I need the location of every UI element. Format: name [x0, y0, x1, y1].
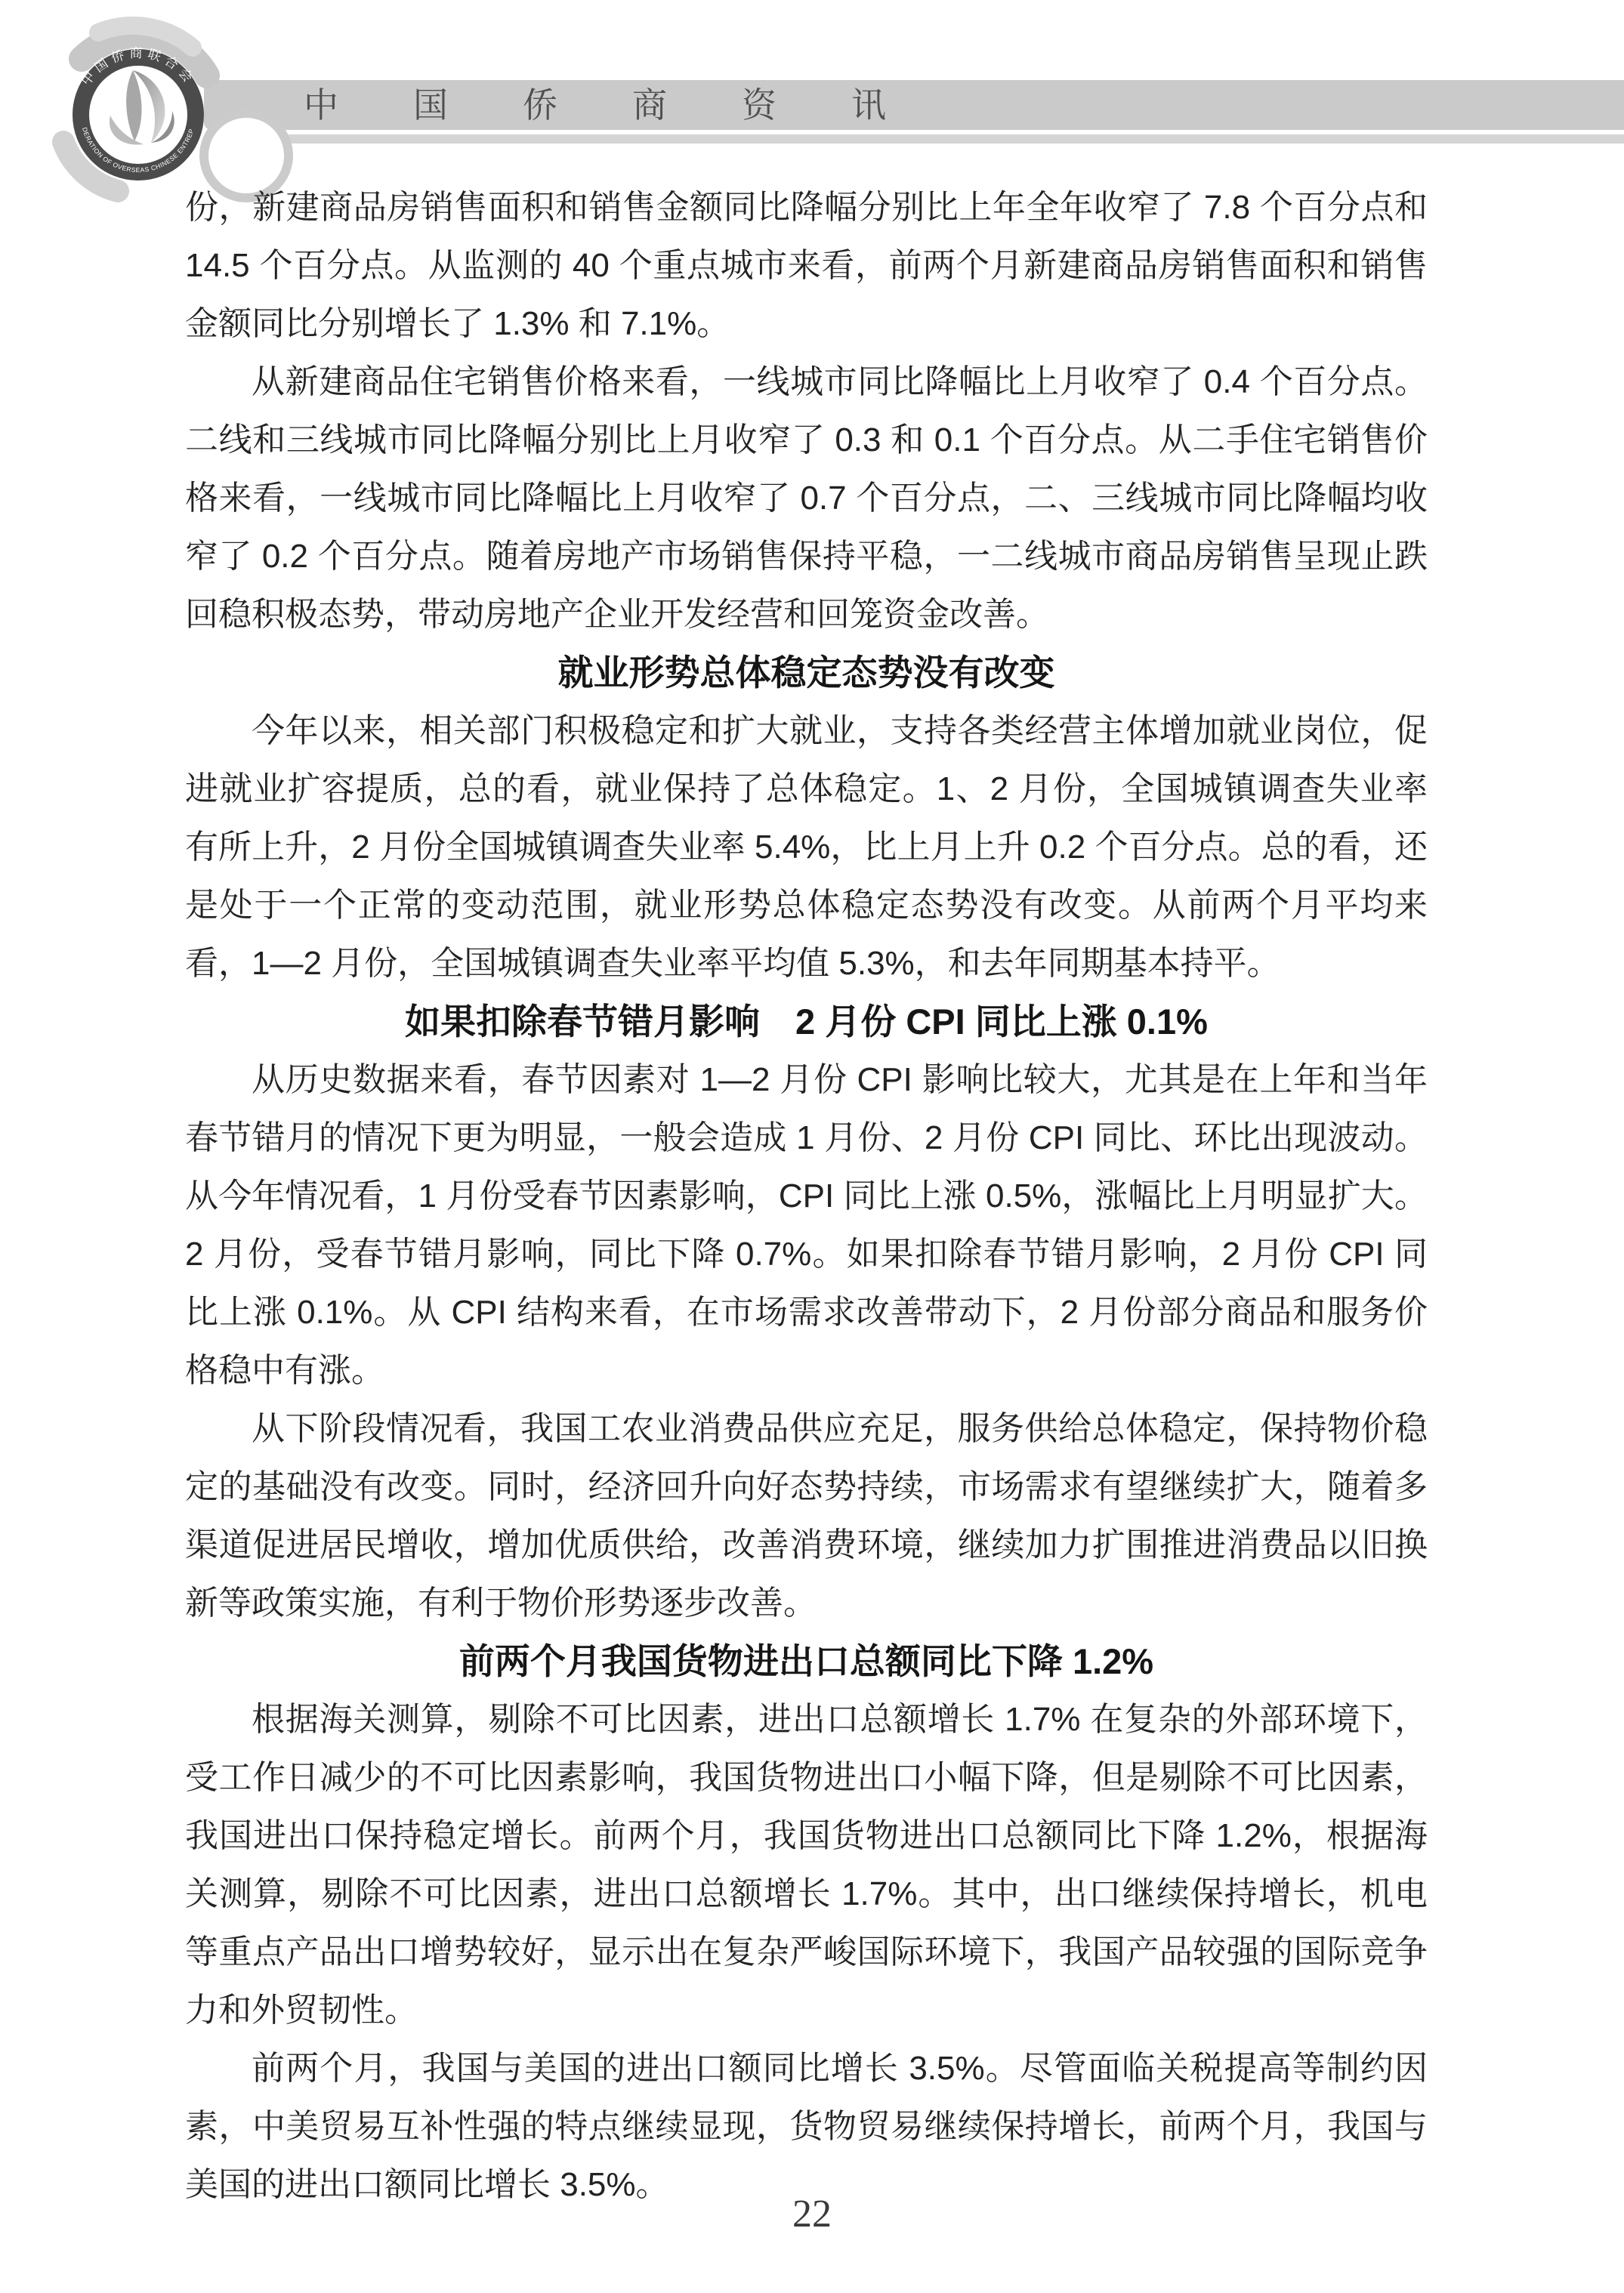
- section-heading: 前两个月我国货物进出口总额同比下降 1.2%: [185, 1632, 1428, 1690]
- paragraph: 从历史数据来看，春节因素对 1—2 月份 CPI 影响比较大，尤其是在上年和当年…: [185, 1051, 1428, 1400]
- paragraph: 前两个月，我国与美国的进出口额同比增长 3.5%。尽管面临关税提高等制约因素，中…: [185, 2039, 1428, 2214]
- article-body: 份，新建商品房销售面积和销售金额同比降幅分别比上年全年收窄了 7.8 个百分点和…: [185, 178, 1428, 2214]
- page-number: 22: [0, 2192, 1624, 2236]
- header-banner-shadow: [227, 134, 1624, 144]
- section-heading: 如果扣除春节错月影响 2 月份 CPI 同比上涨 0.1%: [185, 992, 1428, 1051]
- paragraph: 份，新建商品房销售面积和销售金额同比降幅分别比上年全年收窄了 7.8 个百分点和…: [185, 178, 1428, 353]
- paragraph: 从下阶段情况看，我国工农业消费品供应充足，服务供给总体稳定，保持物价稳定的基础没…: [185, 1400, 1428, 1632]
- paragraph: 今年以来，相关部门积极稳定和扩大就业，支持各类经营主体增加就业岗位，促进就业扩容…: [185, 702, 1428, 992]
- paragraph: 从新建商品住宅销售价格来看，一线城市同比降幅比上月收窄了 0.4 个百分点。二线…: [185, 353, 1428, 643]
- header-banner-title: 中国侨商资讯: [304, 80, 961, 130]
- paragraph: 根据海关测算，剔除不可比因素，进出口总额增长 1.7% 在复杂的外部环境下，受工…: [185, 1690, 1428, 2039]
- section-heading: 就业形势总体稳定态势没有改变: [185, 643, 1428, 702]
- document-page: 中国侨商资讯 中国侨商联合会 CHINA FEDERATION OF OVERS…: [0, 0, 1624, 2293]
